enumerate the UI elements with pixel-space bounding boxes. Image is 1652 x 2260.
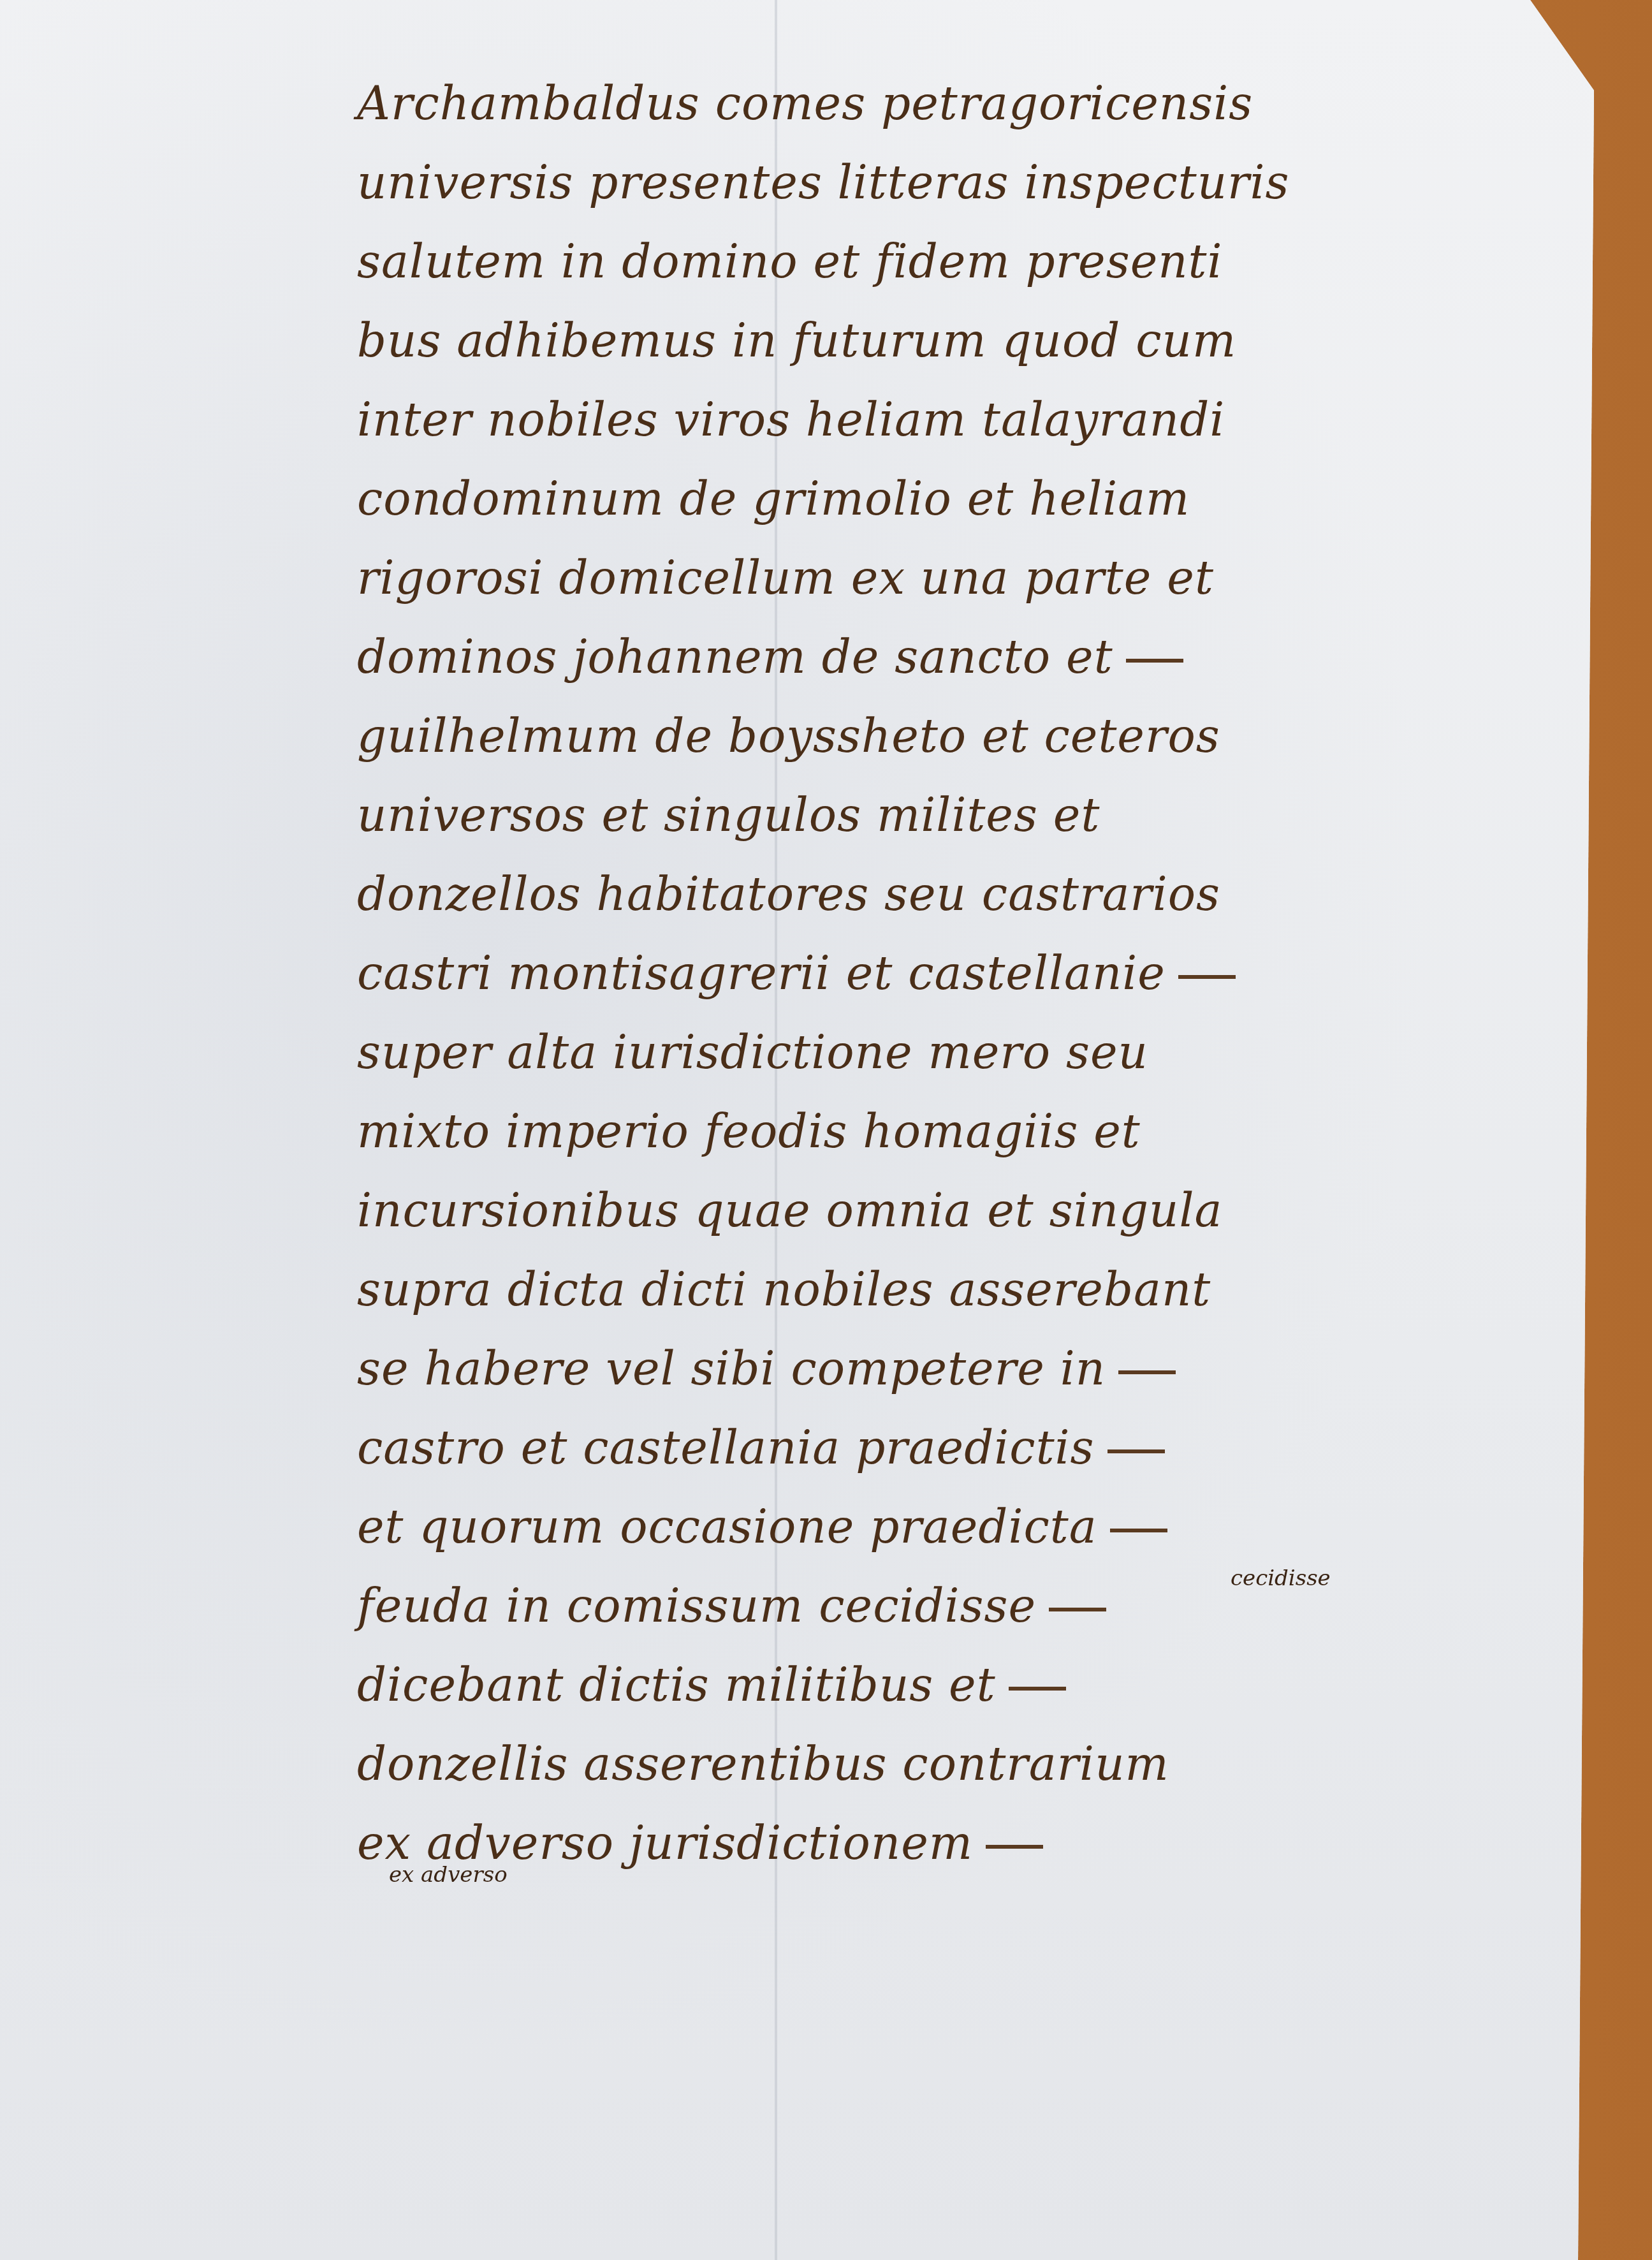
- text-line: se habere vel sibi competere in: [357, 1329, 1568, 1408]
- line-filler-dash: [1009, 1687, 1066, 1691]
- interlinear-note: ex adverso: [389, 1862, 508, 1888]
- line-filler-dash: [1049, 1608, 1106, 1611]
- text-line: bus adhibemus in futurum quod cum: [357, 301, 1568, 380]
- text-line: super alta iurisdictione mero seu: [357, 1013, 1568, 1092]
- text-line: Archambaldus comes petragoricensis: [357, 64, 1568, 143]
- text-line: guilhelmum de boyssheto et ceteros: [357, 696, 1568, 775]
- text-line: rigorosi domicellum ex una parte et: [357, 538, 1568, 617]
- text-line: salutem in domino et fidem presenti: [357, 222, 1568, 301]
- text-line: dicebant dictis militibus et: [357, 1645, 1568, 1724]
- text-line: inter nobiles viros heliam talayrandi: [357, 380, 1568, 459]
- line-filler-dash: [1118, 1370, 1176, 1374]
- text-line: feuda in comissum cecidisse: [357, 1566, 1568, 1645]
- line-filler-dash: [1178, 975, 1236, 979]
- manuscript-text: Archambaldus comes petragoricensis unive…: [357, 64, 1568, 1882]
- text-line: castro et castellania praedictis: [357, 1408, 1568, 1487]
- text-line: incursionibus quae omnia et singula: [357, 1171, 1568, 1250]
- line-filler-dash: [1107, 1449, 1165, 1453]
- manuscript-page: Archambaldus comes petragoricensis unive…: [0, 0, 1594, 2260]
- text-line: donzellos habitatores seu castrarios: [357, 855, 1568, 934]
- text-line: condominum de grimolio et heliam: [357, 459, 1568, 538]
- text-line: dominos johannem de sancto et: [357, 617, 1568, 696]
- line-filler-dash: [986, 1845, 1043, 1849]
- text-line: castri montisagrerii et castellanie: [357, 934, 1568, 1013]
- text-line: universos et singulos milites et: [357, 775, 1568, 855]
- text-line: donzellis asserentibus contrarium: [357, 1724, 1568, 1803]
- interlinear-note: cecidisse: [1231, 1566, 1331, 1591]
- text-line: ex adverso jurisdictionem: [357, 1803, 1568, 1882]
- line-filler-dash: [1126, 659, 1183, 663]
- text-line: et quorum occasione praedicta: [357, 1487, 1568, 1566]
- text-line: supra dicta dicti nobiles asserebant: [357, 1250, 1568, 1329]
- text-line: universis presentes litteras inspecturis: [357, 143, 1568, 222]
- text-line: mixto imperio feodis homagiis et: [357, 1092, 1568, 1171]
- line-filler-dash: [1110, 1529, 1167, 1532]
